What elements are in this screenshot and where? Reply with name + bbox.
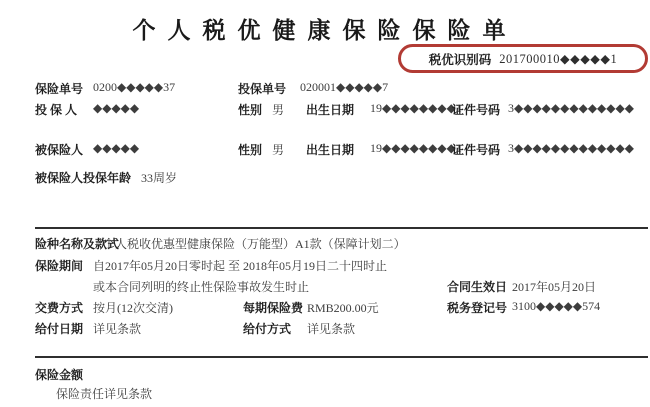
policyholder-id-label: 证件号码 [452,101,500,118]
section-divider-top [35,227,648,229]
sum-insured-label: 保险金额 [35,366,83,383]
benefit-method-label: 给付方式 [243,320,291,337]
page-title: 个人税优健康保险保险单 [0,12,650,45]
policyholder-gender-label: 性别 [238,101,262,118]
benefit-method-value: 详见条款 [307,320,355,337]
effective-date-label: 合同生效日 [447,278,507,295]
tax-id-stamp-label: 税优识别码 [429,50,492,68]
tax-id-stamp-oval: 税优识别码 201700010◆◆◆◆◆1 [398,44,648,73]
tax-id-stamp-value: 201700010◆◆◆◆◆1 [499,51,617,67]
policyholder-birth-value: 19◆◆◆◆◆◆◆◆1 [370,101,462,116]
insured-age-label: 被保险人投保年龄 [35,169,131,186]
insured-id-label: 证件号码 [452,141,500,158]
insured-birth-label: 出生日期 [306,141,354,158]
benefit-date-value: 详见条款 [93,320,141,337]
policyholder-gender-value: 男 [272,101,284,118]
policy-no-label: 保险单号 [35,80,83,97]
effective-date-value: 2017年05月20日 [512,278,596,295]
application-no-label: 投保单号 [238,80,286,97]
insured-value: ◆◆◆◆◆ [93,141,139,156]
payment-method-label: 交费方式 [35,299,83,316]
premium-label: 每期保险费 [243,299,303,316]
policyholder-birth-label: 出生日期 [306,101,354,118]
period-value-continuation: 或本合同列明的终止性保险事故发生时止 [93,278,309,295]
section-divider-bottom [35,356,648,358]
period-label: 保险期间 [35,257,83,274]
application-no-value: 020001◆◆◆◆◆7 [300,80,388,95]
policy-no-value: 0200◆◆◆◆◆37 [93,80,175,95]
benefit-date-label: 给付日期 [35,320,83,337]
insured-age-value: 33周岁 [141,169,177,186]
insured-birth-value: 19◆◆◆◆◆◆◆◆1 [370,141,462,156]
insured-label: 被保险人 [35,141,83,158]
payment-method-value: 按月(12次交清) [93,299,173,316]
insured-gender-value: 男 [272,141,284,158]
premium-value: RMB200.00元 [307,299,379,316]
tax-reg-no-value: 3100◆◆◆◆◆574 [512,299,600,314]
product-value: 个人税收优惠型健康保险（万能型）A1款（保障计划二） [103,235,406,252]
policyholder-label: 投 保 人 [35,101,77,118]
liability-note: 保险责任详见条款 [56,385,152,402]
period-value: 自2017年05月20日零时起 至 2018年05月19日二十四时止 [93,257,387,274]
tax-reg-no-label: 税务登记号 [447,299,507,316]
insurance-policy-document: 个人税优健康保险保险单 税优识别码 201700010◆◆◆◆◆1 保险单号 0… [0,0,650,407]
policyholder-id-value: 3◆◆◆◆◆◆◆◆◆◆◆◆◆ [508,101,634,116]
insured-gender-label: 性别 [238,141,262,158]
insured-id-value: 3◆◆◆◆◆◆◆◆◆◆◆◆◆ [508,141,634,156]
policyholder-value: ◆◆◆◆◆ [93,101,139,116]
